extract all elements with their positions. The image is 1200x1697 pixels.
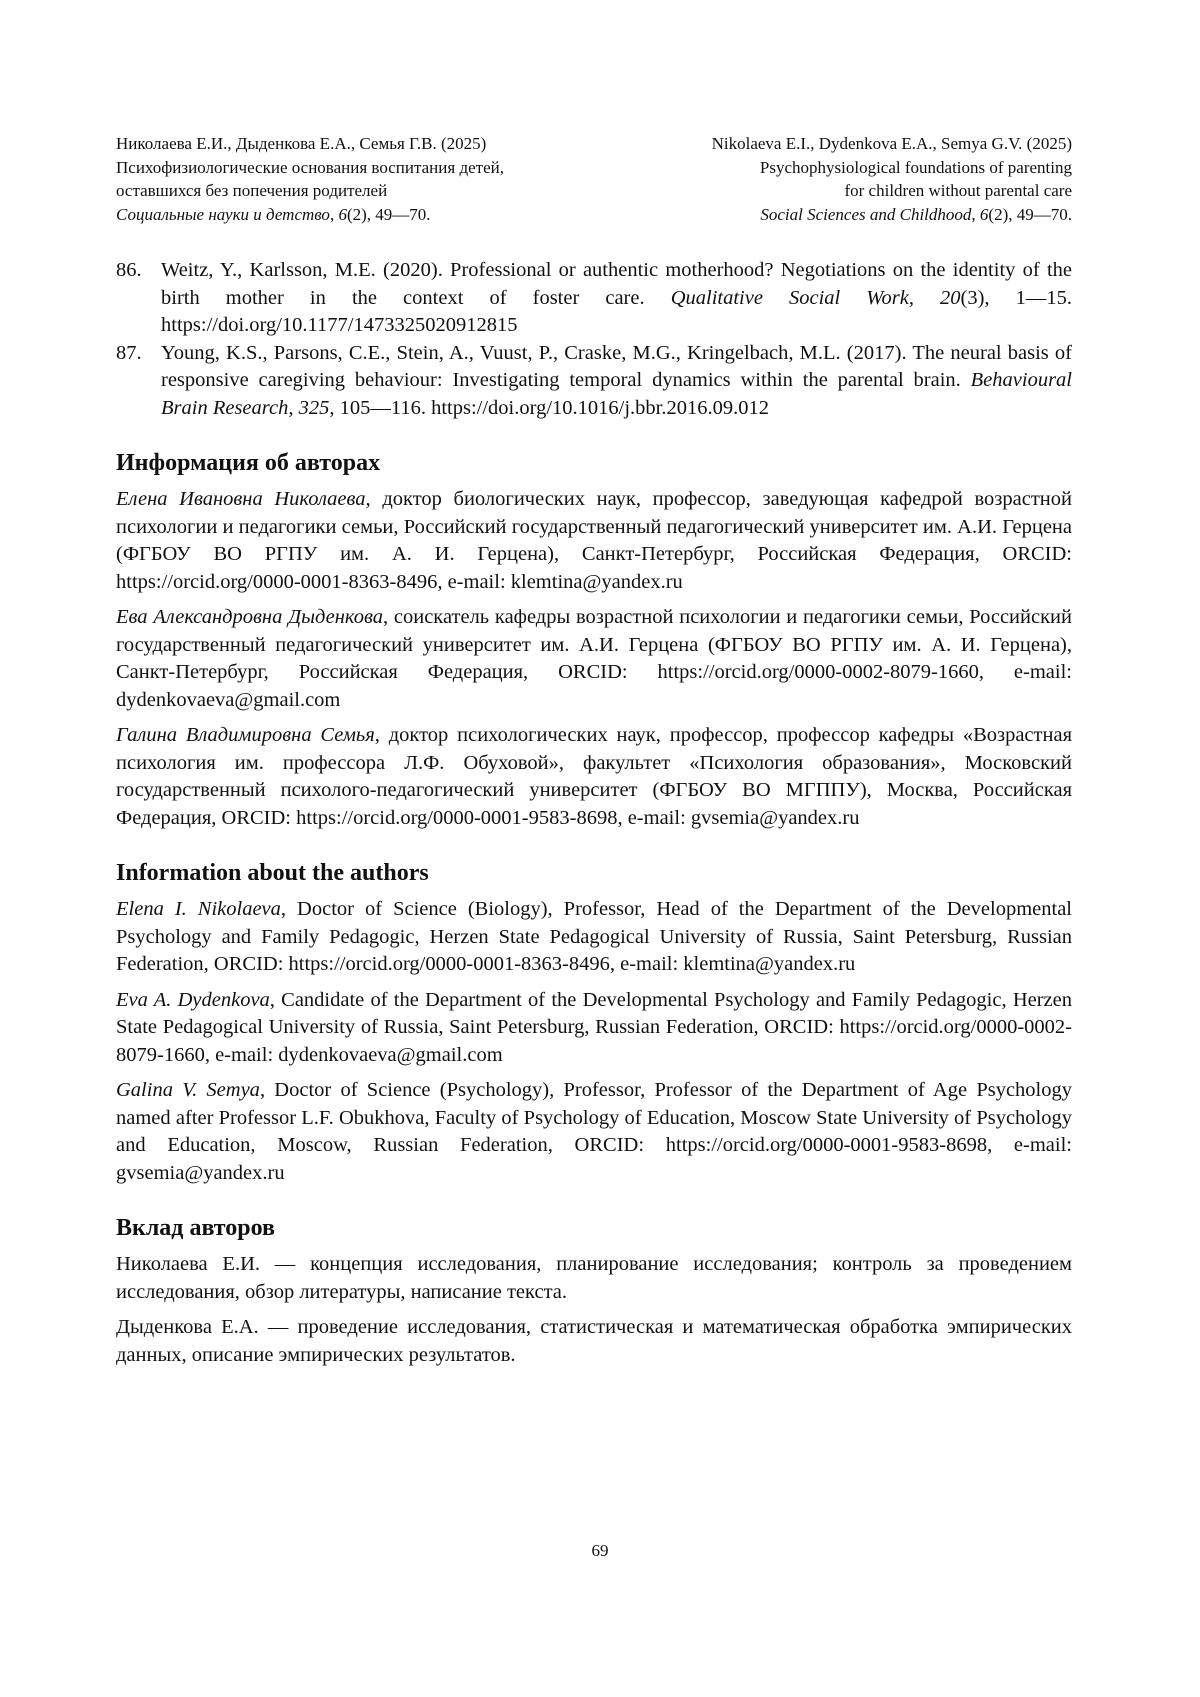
author-name: Галина Владимировна Семья [116,724,375,746]
author-info-ru: Галина Владимировна Семья, доктор психол… [116,722,1072,832]
author-info-en: Elena I. Nikolaeva, Doctor of Science (B… [116,896,1072,979]
reference-number: 86. [116,257,161,340]
section-heading-contribution: Вклад авторов [116,1213,1072,1243]
header-ru-authors: Николаева Е.И., Дыденкова Е.А., Семья Г.… [116,132,504,156]
reference-journal: Qualitative Social Work, 20 [671,287,961,309]
header-ru: Николаева Е.И., Дыденкова Е.А., Семья Г.… [116,132,504,226]
page-body: 86. Weitz, Y., Karlsson, M.E. (2020). Pr… [116,257,1072,1377]
reference-item: 87. Young, K.S., Parsons, C.E., Stein, A… [116,340,1072,423]
section-heading-authors-ru: Информация об авторах [116,448,1072,478]
section-heading-authors-en: Information about the authors [116,858,1072,888]
page-number: 69 [0,1541,1200,1561]
header-en-citation: Social Sciences and Childhood, 6(2), 49—… [712,203,1072,227]
header-ru-journal: Социальные науки и детство [116,205,330,224]
header-ru-issue: (2), 49—70. [347,205,431,224]
header-en-issue: (2), 49—70. [988,205,1072,224]
reference-number: 87. [116,340,161,423]
author-name: Elena I. Nikolaeva [116,898,281,920]
author-info-ru: Елена Ивановна Николаева, доктор биологи… [116,486,1072,596]
header-ru-volume: 6 [338,205,347,224]
header-ru-citation: Социальные науки и детство, 6(2), 49—70. [116,203,504,227]
author-name: Galina V. Semya [116,1079,260,1101]
author-info-en: Eva A. Dydenkova, Candidate of the Depar… [116,987,1072,1070]
header-en-authors: Nikolaeva E.I., Dydenkova E.A., Semya G.… [712,132,1072,156]
author-name: Елена Ивановна Николаева [116,488,366,510]
reference-list: 86. Weitz, Y., Karlsson, M.E. (2020). Pr… [116,257,1072,422]
contribution-item: Дыденкова Е.А. — проведение исследования… [116,1314,1072,1369]
author-info-en: Galina V. Semya, Doctor of Science (Psyc… [116,1077,1072,1187]
reference-item: 86. Weitz, Y., Karlsson, M.E. (2020). Pr… [116,257,1072,340]
contribution-item: Николаева Е.И. — концепция исследования,… [116,1251,1072,1306]
author-name: Eva A. Dydenkova [116,989,270,1011]
header-en-journal: Social Sciences and Childhood [760,205,971,224]
header-ru-title-1: Психофизиологические основания воспитани… [116,156,504,180]
author-info-ru: Ева Александровна Дыденкова, соискатель … [116,604,1072,714]
reference-text: Young, K.S., Parsons, C.E., Stein, A., V… [161,340,1072,423]
reference-text: Weitz, Y., Karlsson, M.E. (2020). Profes… [161,257,1072,340]
header-en: Nikolaeva E.I., Dydenkova E.A., Semya G.… [712,132,1072,226]
header-en-title-2: for children without parental care [712,179,1072,203]
running-header: Николаева Е.И., Дыденкова Е.А., Семья Г.… [116,132,1072,226]
author-name: Ева Александровна Дыденкова [116,606,383,628]
header-en-title-1: Psychophysiological foundations of paren… [712,156,1072,180]
header-ru-title-2: оставшихся без попечения родителей [116,179,504,203]
